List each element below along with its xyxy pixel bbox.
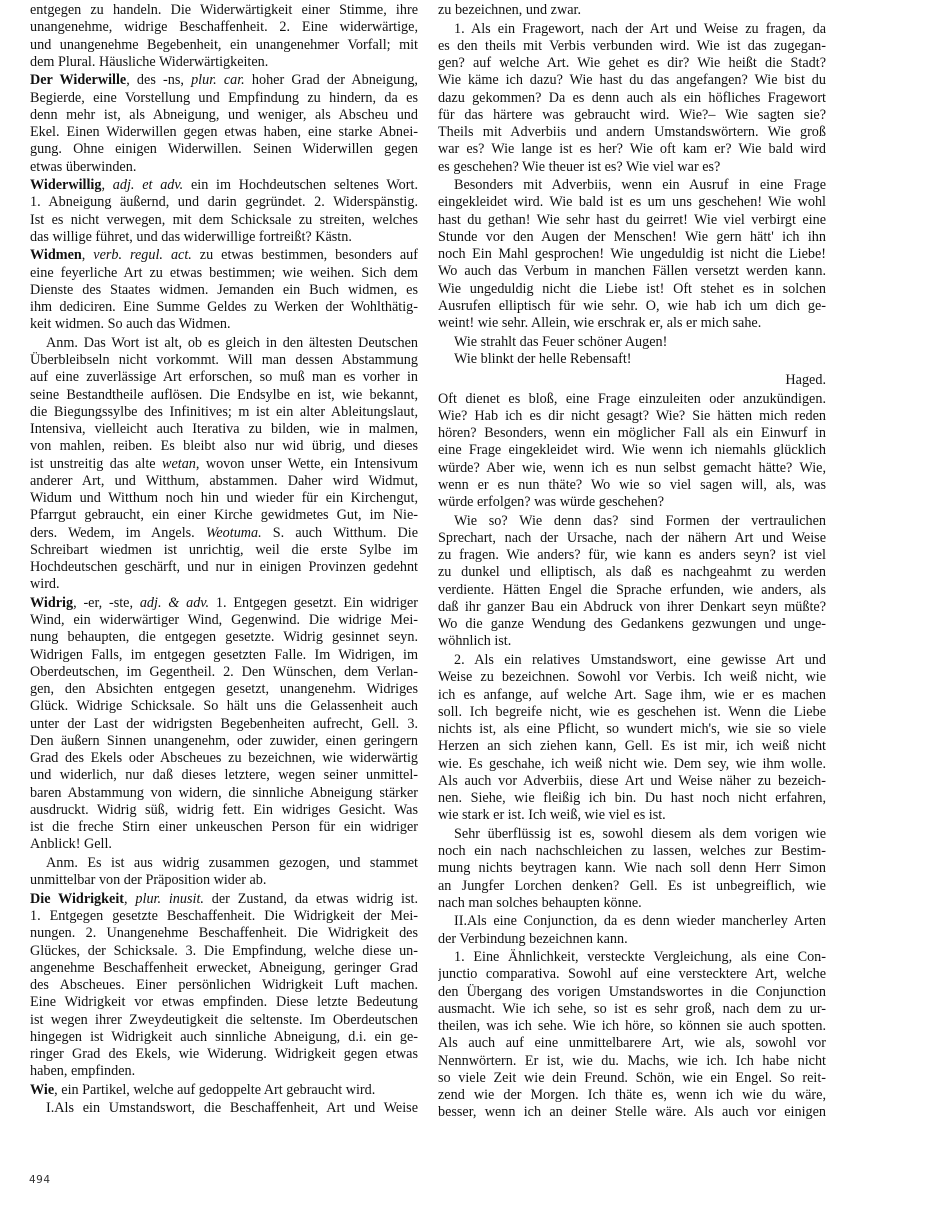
line-text: zu dunkel und elliptisch, als daß es nac… bbox=[438, 564, 826, 580]
grammar-abbreviation: plur. inusit. bbox=[135, 891, 204, 907]
text-line: Dienste des Staates widmen. Jemanden ein… bbox=[30, 282, 418, 299]
line-text: baren Abstammung von widern, die sinnlic… bbox=[30, 785, 418, 801]
text-line: unter der Last der widrigsten Begebenhei… bbox=[30, 716, 418, 733]
line-text: 1. Abneigung äußernd, und darin gegründe… bbox=[30, 194, 418, 210]
headword: Der Widerwille bbox=[30, 72, 126, 88]
text-line: seine Bestandtheile auflösen. Die Endsyl… bbox=[30, 387, 418, 404]
line-text: unangenehme, widrige Beschaffenheit. 2. … bbox=[30, 19, 418, 35]
left-column: entgegen zu handeln. Die Widerwärtigkeit… bbox=[30, 2, 418, 1119]
dictionary-entry: Widerwillig, adj. et adv. ein im Hochdeu… bbox=[30, 177, 418, 246]
text-line: Wind, ein widerwärtiger Wind, Gegenwind.… bbox=[30, 612, 418, 629]
text-line: zend wie der Morgen. Ich thäte es, wenn … bbox=[438, 1087, 826, 1104]
line-text: ringer Grad des Ekels, wie Widerung. Wid… bbox=[30, 1046, 418, 1062]
paragraph: Besonders mit Adverbiis, wenn ein Ausruf… bbox=[438, 177, 826, 332]
line-text: ihm dediciren. Eine Summe Geldes zu Werk… bbox=[30, 299, 418, 315]
line-text: wenn er es nun thäte? Wo wie so viel sag… bbox=[438, 477, 826, 493]
line-text: soll. Ich begreife nicht, wie es gescheh… bbox=[438, 704, 826, 720]
text-line: Grad des Ekels oder Abscheues zu bezeich… bbox=[30, 750, 418, 767]
line-text: 1. Entgegen gesetzt. Ein widriger bbox=[209, 595, 418, 611]
text-line: entgegen zu handeln. Die Widerwärtigkeit… bbox=[30, 2, 418, 19]
quote-attribution: Haged. bbox=[438, 372, 826, 389]
grammar-abbreviation: wetan, bbox=[162, 456, 199, 472]
text-line: Wie blinkt der helle Rebensaft! bbox=[438, 351, 826, 368]
line-text: zu fragen. Wie anders? für, wie kann es … bbox=[438, 547, 826, 563]
paragraph: Anm. Das Wort ist alt, ob es gleich in d… bbox=[30, 335, 418, 594]
text-line: den Übergang des vorigen Umstandswortes … bbox=[438, 984, 826, 1001]
text-line: nichts ist, als eine Pflicht, so wundert… bbox=[438, 721, 826, 738]
text-line: Als auch auf eine unmittelbarere Art, wi… bbox=[438, 1035, 826, 1052]
line-text: 1. Entgegen gesetzte Beschaffenheit. Die… bbox=[30, 908, 418, 924]
line-text: Wie? Hab ich es dir nicht gesagt? Wie? S… bbox=[438, 408, 826, 424]
paragraph: zu bezeichnen, und zwar. bbox=[438, 2, 826, 19]
text-line: eingekleidet wird. Wie bald ist es um un… bbox=[438, 194, 826, 211]
text-line: Wie käme ich dazu? Wie hast du das angef… bbox=[438, 72, 826, 89]
paragraph: 1. Eine Ähnlichkeit, versteckte Vergleic… bbox=[438, 949, 826, 1122]
line-text: ist wegen ihrer Zweydeutigkeit die selte… bbox=[30, 1012, 418, 1028]
text-line: nung behaupten, die entgegen gesetzte. W… bbox=[30, 629, 418, 646]
text-line: Den äußern Sinnen unangenehm, oder zuwid… bbox=[30, 733, 418, 750]
text-line: Pfarrgut gebraucht, ein einer Kirche gew… bbox=[30, 507, 418, 524]
line-text: 1. Eine Ähnlichkeit, versteckte Vergleic… bbox=[454, 949, 826, 965]
line-text: zend wie der Morgen. Ich thäte es, wenn … bbox=[438, 1087, 826, 1103]
line-text: , bbox=[101, 177, 112, 193]
text-line: so viele Zeit wie dein Freund. Schön, wi… bbox=[438, 1070, 826, 1087]
line-text: Glückes, der Schicksale. 3. Die Empfindu… bbox=[30, 943, 418, 959]
line-text: nung behaupten, die entgegen gesetzte. W… bbox=[30, 629, 418, 645]
text-line: gung. Ohne einigen Widerwillen. Seinen W… bbox=[30, 141, 418, 158]
text-line: hören? Besonders, wenn ein möglicher Fal… bbox=[438, 425, 826, 442]
line-text: , bbox=[124, 891, 135, 907]
line-text: ders. Wedem, im Angels. bbox=[30, 525, 206, 541]
text-line: Anblick! Gell. bbox=[30, 836, 418, 853]
line-text: noch ein nach nachschleichen zu lassen, … bbox=[438, 843, 826, 859]
right-column: zu bezeichnen, und zwar.1. Als ein Frage… bbox=[438, 2, 826, 1123]
text-line: von mahlen, reiben. Es bleibt also nur w… bbox=[30, 438, 418, 455]
line-text: nach man solches behaupten könne. bbox=[438, 895, 642, 911]
grammar-abbreviation: plur. car. bbox=[191, 72, 245, 88]
line-text: an Jungfer Lorchen denken? Gell. Es ist … bbox=[438, 878, 826, 894]
text-line: eine Frage eingekleidet wird. Wie wenn i… bbox=[438, 442, 826, 459]
text-line: Haged. bbox=[438, 372, 826, 389]
text-line: Wo auch das Verbum in manchen Fällen ver… bbox=[438, 263, 826, 280]
text-line: Intensiva, vielleicht auch Iterativa zu … bbox=[30, 421, 418, 438]
line-text: 1. Als ein Fragewort, nach der Art und W… bbox=[454, 21, 826, 37]
line-text: , -er, -ste, bbox=[73, 595, 140, 611]
text-line: Nennwörtern. Er ist, wie du. Machs, wie … bbox=[438, 1053, 826, 1070]
line-text: der Verbindung bezeichnen kann. bbox=[438, 931, 628, 947]
line-text: theilen, was ich sehe. Wie ich höre, so … bbox=[438, 1018, 826, 1034]
text-line: Eine Widrigkeit vor etwas empfinden. Die… bbox=[30, 994, 418, 1011]
text-line: Überbleibseln nicht vorkommt. Will man d… bbox=[30, 352, 418, 369]
line-text: zu bezeichnen, und zwar. bbox=[438, 2, 581, 18]
headword: Wie bbox=[30, 1082, 54, 1098]
text-line: Wo die ganze Wendung des Gedankens gezwu… bbox=[438, 616, 826, 633]
line-text: seine Bestandtheile auflösen. Die Endsyl… bbox=[30, 387, 418, 403]
line-text: Sprechart, nach der Ursache, nach der nä… bbox=[438, 530, 826, 546]
line-text: Intensiva, vielleicht auch Iterativa zu … bbox=[30, 421, 418, 437]
line-text: etwas überwinden. bbox=[30, 159, 136, 175]
line-text: Wie blinkt der helle Rebensaft! bbox=[454, 351, 632, 367]
text-line: dazu gekommen? Da es denn auch als ein h… bbox=[438, 90, 826, 107]
line-text: auf eine zuverlässige Art erforschen, so… bbox=[30, 369, 418, 385]
text-line: zu bezeichnen, und zwar. bbox=[438, 2, 826, 19]
text-line: Hochdeutschen geschärft, und nur in eini… bbox=[30, 559, 418, 576]
line-text: Widum und Witthum noch hin und wieder fü… bbox=[30, 490, 418, 506]
line-text: Anblick! Gell. bbox=[30, 836, 112, 852]
line-text: so viele Zeit wie dein Freund. Schön, wi… bbox=[438, 1070, 826, 1086]
text-line: auf eine zuverlässige Art erforschen, so… bbox=[30, 369, 418, 386]
line-text: Wie ungeduldig nicht die Liebe ist! Oft … bbox=[438, 281, 826, 297]
line-text: ein im Hochdeutschen seltenes Wort. bbox=[183, 177, 418, 193]
page-number: 494 bbox=[29, 1174, 51, 1186]
text-line: die Biegungssylbe des Infinitives; m ist… bbox=[30, 404, 418, 421]
text-line: 1. Eine Ähnlichkeit, versteckte Vergleic… bbox=[438, 949, 826, 966]
text-line: ich es anfange, auf welche Art. Sage ihm… bbox=[438, 687, 826, 704]
line-text: entgegen zu handeln. Die Widerwärtigkeit… bbox=[30, 2, 418, 18]
text-line: Herzen an sich ziehen kann, Gell. Es ist… bbox=[438, 738, 826, 755]
line-text: Schreibart wiedmen ist unrichtig, weil d… bbox=[30, 542, 418, 558]
line-text: Pfarrgut gebraucht, ein einer Kirche gew… bbox=[30, 507, 418, 523]
text-line: es den theils mit Verbis verbunden wird.… bbox=[438, 38, 826, 55]
line-text: und widerlich, nur daß dieses letztere, … bbox=[30, 767, 418, 783]
text-line: denn mehr ist, als Abneigung, und wenige… bbox=[30, 107, 418, 124]
line-text: Wo auch das Verbum in manchen Fällen ver… bbox=[438, 263, 826, 279]
line-text: von mahlen, reiben. Es bleibt also nur w… bbox=[30, 438, 418, 454]
text-line: Sehr überflüssig ist es, sowohl diesem a… bbox=[438, 826, 826, 843]
line-text: die Biegungssylbe des Infinitives; m ist… bbox=[30, 404, 418, 420]
line-text: ist die freche Stirn einer unkeuschen Pe… bbox=[30, 819, 418, 835]
text-line: anderer Art, und Witthum, abstammen. Dah… bbox=[30, 473, 418, 490]
line-text: ausdruckt. Widrig süß, widrig fett. Ein … bbox=[30, 802, 418, 818]
text-line: Ist es nicht verwegen, mit dem Schicksal… bbox=[30, 212, 418, 229]
dictionary-entry: Widrig, -er, -ste, adj. & adv. 1. Entgeg… bbox=[30, 595, 418, 854]
text-line: baren Abstammung von widern, die sinnlic… bbox=[30, 785, 418, 802]
line-text: Oft dienet es bloß, eine Frage einzuleit… bbox=[438, 391, 826, 407]
text-line: etwas überwinden. bbox=[30, 159, 418, 176]
grammar-abbreviation: adj. & adv. bbox=[140, 595, 209, 611]
line-text: Glück. Widrige Schicksale. So hält uns d… bbox=[30, 698, 418, 714]
line-text: wie stark er ist. Ich weiß, wie viel es … bbox=[438, 807, 666, 823]
text-line: der Verbindung bezeichnen kann. bbox=[438, 931, 826, 948]
text-line: Wie strahlt das Feuer schöner Augen! bbox=[438, 334, 826, 351]
text-line: soll. Ich begreife nicht, wie es gescheh… bbox=[438, 704, 826, 721]
line-text: eingekleidet wird. Wie bald ist es um un… bbox=[438, 194, 826, 210]
text-line: Schreibart wiedmen ist unrichtig, weil d… bbox=[30, 542, 418, 559]
text-line: Anm. Das Wort ist alt, ob es gleich in d… bbox=[30, 335, 418, 352]
dictionary-entry: Wie, ein Partikel, welche auf gedoppelte… bbox=[30, 1082, 418, 1099]
text-line: Wie ungeduldig nicht die Liebe ist! Oft … bbox=[438, 281, 826, 298]
text-line: des Abscheues. Einer persönlichen Widrig… bbox=[30, 977, 418, 994]
text-line: nach man solches behaupten könne. bbox=[438, 895, 826, 912]
text-line: Wie so? Wie denn das? sind Formen der ve… bbox=[438, 513, 826, 530]
line-text: noch Ein Mahl gesprochen! Wie ungeduldig… bbox=[438, 246, 826, 262]
line-text: es den theils mit Verbis verbunden wird.… bbox=[438, 38, 826, 54]
text-line: an Jungfer Lorchen denken? Gell. Es ist … bbox=[438, 878, 826, 895]
text-line: 2. Als ein relatives Umstandswort, eine … bbox=[438, 652, 826, 669]
text-line: hast du gethan! Wie sehr hast du geirret… bbox=[438, 212, 826, 229]
paragraph: Anm. Es ist aus widrig zusammen gezogen,… bbox=[30, 855, 418, 890]
line-text: Wie käme ich dazu? Wie hast du das angef… bbox=[438, 72, 826, 88]
line-text: nungen. 2. Unangenehme Beschaffenheit. D… bbox=[30, 925, 418, 941]
line-text: hören? Besonders, wenn ein möglicher Fal… bbox=[438, 425, 826, 441]
line-text: Ekel. Einen Widerwillen gegen etwas habe… bbox=[30, 124, 418, 140]
line-text: keit widmen. So auch das Widmen. bbox=[30, 316, 231, 332]
paragraph: 2. Als ein relatives Umstandswort, eine … bbox=[438, 652, 826, 825]
dictionary-entry: Die Widrigkeit, plur. inusit. der Zustan… bbox=[30, 891, 418, 1081]
line-text: Oberdeutschen, im Gegentheil. 2. Den Wün… bbox=[30, 664, 418, 680]
paragraph: II.Als eine Conjunction, da es denn wied… bbox=[438, 913, 826, 948]
text-line: Sprechart, nach der Ursache, nach der nä… bbox=[438, 530, 826, 547]
text-line: wie. Es geschahe, ich weiß nicht wie. De… bbox=[438, 756, 826, 773]
text-line: unmittelbar von der Präposition wider ab… bbox=[30, 872, 418, 889]
line-text: angenehme Beschaffenheit erwecket, Abnei… bbox=[30, 960, 418, 976]
line-text: Hochdeutschen geschärft, und nur in eini… bbox=[30, 559, 418, 575]
text-line: Ausrufen elliptisch für wie sehr. O, wie… bbox=[438, 298, 826, 315]
text-line: es geschehen? Wie theuer ist es? Wie vie… bbox=[438, 159, 826, 176]
line-text: Wind, ein widerwärtiger Wind, Gegenwind.… bbox=[30, 612, 418, 628]
text-line: Besonders mit Adverbiis, wenn ein Ausruf… bbox=[438, 177, 826, 194]
line-text: Begierde, eine Vorstellung und Empfindun… bbox=[30, 90, 418, 106]
line-text: ausmacht. Wie ich sehe, so ist es sehr g… bbox=[438, 1001, 826, 1017]
text-line: ders. Wedem, im Angels. Weotuma. S. auch… bbox=[30, 525, 418, 542]
headword: Widmen bbox=[30, 247, 82, 263]
line-text: Nennwörtern. Er ist, wie du. Machs, wie … bbox=[438, 1053, 826, 1069]
paragraph: 1. Als ein Fragewort, nach der Art und W… bbox=[438, 21, 826, 176]
line-text: ich es anfange, auf welche Art. Sage ihm… bbox=[438, 687, 826, 703]
line-text: Dienste des Staates widmen. Jemanden ein… bbox=[30, 282, 418, 298]
text-line: Wie, ein Partikel, welche auf gedoppelte… bbox=[30, 1082, 418, 1099]
grammar-abbreviation: verb. regul. act. bbox=[93, 247, 192, 263]
text-line: Anm. Es ist aus widrig zusammen gezogen,… bbox=[30, 855, 418, 872]
text-line: Glück. Widrige Schicksale. So hält uns d… bbox=[30, 698, 418, 715]
line-text: des Abscheues. Einer persönlichen Widrig… bbox=[30, 977, 418, 993]
line-text: hast du gethan! Wie sehr hast du geirret… bbox=[438, 212, 826, 228]
line-text: nichts ist, als eine Pflicht, so wundert… bbox=[438, 721, 826, 737]
text-line: ausmacht. Wie ich sehe, so ist es sehr g… bbox=[438, 1001, 826, 1018]
line-text: eine Frage eingekleidet wird. Wie wenn i… bbox=[438, 442, 826, 458]
text-line: I.Als ein Umstandswort, die Beschaffenhe… bbox=[30, 1100, 418, 1117]
text-line: würde erfolgen? was würde geschehen? bbox=[438, 494, 826, 511]
line-text: verdiente. Hätten Engel die Sprache erfu… bbox=[438, 582, 826, 598]
line-text: wird. bbox=[30, 576, 60, 592]
line-text: wovon unser Wette, ein Intensivum bbox=[199, 456, 418, 472]
line-text: weint! wie sehr. Allein, wie erschrak er… bbox=[438, 315, 761, 331]
line-text: und unangenehme Begebenheit, ein unangen… bbox=[30, 37, 418, 53]
line-text: Ausrufen elliptisch für wie sehr. O, wie… bbox=[438, 298, 826, 314]
text-line: Glückes, der Schicksale. 3. Die Empfindu… bbox=[30, 943, 418, 960]
line-text: 2. Als ein relatives Umstandswort, eine … bbox=[454, 652, 826, 668]
line-text: denn mehr ist, als Abneigung, und wenige… bbox=[30, 107, 418, 123]
text-line: und unangenehme Begebenheit, ein unangen… bbox=[30, 37, 418, 54]
line-text: Überbleibseln nicht vorkommt. Will man d… bbox=[30, 352, 418, 368]
line-text: Sehr überflüssig ist es, sowohl diesem a… bbox=[454, 826, 826, 842]
line-text: wöhnlich ist. bbox=[438, 633, 511, 649]
text-line: Widmen, verb. regul. act. zu etwas besti… bbox=[30, 247, 418, 264]
text-line: wie stark er ist. Ich weiß, wie viel es … bbox=[438, 807, 826, 824]
text-line: zu fragen. Wie anders? für, wie kann es … bbox=[438, 547, 826, 564]
text-line: das willige führet, und das widerwillige… bbox=[30, 229, 418, 246]
text-line: unangenehme, widrige Beschaffenheit. 2. … bbox=[30, 19, 418, 36]
text-line: II.Als eine Conjunction, da es denn wied… bbox=[438, 913, 826, 930]
text-line: gen? auf welche Art. Wie gehet es dir? W… bbox=[438, 55, 826, 72]
line-text: hingegen ist Widrigkeit auch sinnliche A… bbox=[30, 1029, 418, 1045]
dictionary-entry: Widmen, verb. regul. act. zu etwas besti… bbox=[30, 247, 418, 333]
text-line: 1. Entgegen gesetzte Beschaffenheit. Die… bbox=[30, 908, 418, 925]
text-line: und widerlich, nur daß dieses letztere, … bbox=[30, 767, 418, 784]
line-text: daß ihr ganzer Bau ein Abdruck von ihrer… bbox=[438, 599, 826, 615]
paragraph: Wie so? Wie denn das? sind Formen der ve… bbox=[438, 513, 826, 651]
line-text: gen, den Absichten entgegen gesetzt, una… bbox=[30, 681, 418, 697]
line-text: , ein Partikel, welche auf gedoppelte Ar… bbox=[54, 1082, 375, 1098]
line-text: das willige führet, und das widerwillige… bbox=[30, 229, 352, 245]
text-line: wenn er es nun thäte? Wo wie so viel sag… bbox=[438, 477, 826, 494]
text-line: nungen. 2. Unangenehme Beschaffenheit. D… bbox=[30, 925, 418, 942]
text-line: Der Widerwille, des -ns, plur. car. hohe… bbox=[30, 72, 418, 89]
text-line: haben, empfinden. bbox=[30, 1063, 418, 1080]
text-line: war es? Wie lange ist es her? Wie oft ka… bbox=[438, 141, 826, 158]
line-text: den Übergang des vorigen Umstandswortes … bbox=[438, 984, 826, 1000]
text-line: Begierde, eine Vorstellung und Empfindun… bbox=[30, 90, 418, 107]
text-line: Widrigen Falls, im entgegen gesetzten Fa… bbox=[30, 647, 418, 664]
text-line: mung nichts beytragen kann. Wie nach sol… bbox=[438, 860, 826, 877]
line-text: Widrigen Falls, im entgegen gesetzten Fa… bbox=[30, 647, 418, 663]
text-line: noch Ein Mahl gesprochen! Wie ungeduldig… bbox=[438, 246, 826, 263]
text-line: Die Widrigkeit, plur. inusit. der Zustan… bbox=[30, 891, 418, 908]
text-line: Oberdeutschen, im Gegentheil. 2. Den Wün… bbox=[30, 664, 418, 681]
grammar-abbreviation: Weotuma. bbox=[206, 525, 262, 541]
dictionary-entry: Der Widerwille, des -ns, plur. car. hohe… bbox=[30, 72, 418, 176]
text-line: Stunde vor den Augen der Menschen! Wie g… bbox=[438, 229, 826, 246]
line-text: S. auch Witthum. Die bbox=[262, 525, 418, 541]
text-line: ringer Grad des Ekels, wie Widerung. Wid… bbox=[30, 1046, 418, 1063]
line-text: nen. Siehe, wie fleißig ich bin. Du hast… bbox=[438, 790, 826, 806]
text-line: keit widmen. So auch das Widmen. bbox=[30, 316, 418, 333]
line-text: unmittelbar von der Präposition wider ab… bbox=[30, 872, 266, 888]
line-text: anderer Art, und Witthum, abstammen. Dah… bbox=[30, 473, 418, 489]
line-text: Weise zu bezeichnen. Sowohl vor Verbis. … bbox=[438, 669, 826, 685]
line-text: Wo die ganze Wendung des Gedankens gezwu… bbox=[438, 616, 826, 632]
text-line: ist wegen ihrer Zweydeutigkeit die selte… bbox=[30, 1012, 418, 1029]
line-text: würde? Aber wie, wenn ich es nun selbst … bbox=[438, 460, 826, 476]
text-line: theilen, was ich sehe. Wie ich höre, so … bbox=[438, 1018, 826, 1035]
line-text: ist unstreitig das alte bbox=[30, 456, 162, 472]
line-text: Theils mit Adverbiis und andern Umstands… bbox=[438, 124, 826, 140]
line-text: junctio comparativa. Sowohl auf eine ver… bbox=[438, 966, 826, 982]
text-line: verdiente. Hätten Engel die Sprache erfu… bbox=[438, 582, 826, 599]
line-text: dem Plural. Häusliche Widerwärtigkeiten. bbox=[30, 54, 268, 70]
paragraph: entgegen zu handeln. Die Widerwärtigkeit… bbox=[30, 2, 418, 71]
text-line: wöhnlich ist. bbox=[438, 633, 826, 650]
text-line: besser, wenn ich an deiner Stelle wäre. … bbox=[438, 1104, 826, 1121]
text-line: daß ihr ganzer Bau ein Abdruck von ihrer… bbox=[438, 599, 826, 616]
line-text: hoher Grad der Abneigung, bbox=[245, 72, 418, 88]
text-line: für das härtere was gebraucht wird. Wie?… bbox=[438, 107, 826, 124]
paragraph: Oft dienet es bloß, eine Frage einzuleit… bbox=[438, 391, 826, 512]
verse-quote: Wie strahlt das Feuer schöner Augen!Wie … bbox=[438, 334, 826, 369]
text-line: Ekel. Einen Widerwillen gegen etwas habe… bbox=[30, 124, 418, 141]
text-line: noch ein nach nachschleichen zu lassen, … bbox=[438, 843, 826, 860]
line-text: Wie strahlt das Feuer schöner Augen! bbox=[454, 334, 667, 350]
headword: Widerwillig bbox=[30, 177, 101, 193]
text-line: Widerwillig, adj. et adv. ein im Hochdeu… bbox=[30, 177, 418, 194]
dictionary-page: entgegen zu handeln. Die Widerwärtigkeit… bbox=[0, 0, 935, 1210]
line-text: es geschehen? Wie theuer ist es? Wie vie… bbox=[438, 159, 720, 175]
line-text: Anm. Es ist aus widrig zusammen gezogen,… bbox=[46, 855, 418, 871]
text-line: ist die freche Stirn einer unkeuschen Pe… bbox=[30, 819, 418, 836]
line-text: würde erfolgen? was würde geschehen? bbox=[438, 494, 664, 510]
line-text: , bbox=[82, 247, 94, 263]
text-line: weint! wie sehr. Allein, wie erschrak er… bbox=[438, 315, 826, 332]
text-line: ist unstreitig das alte wetan, wovon uns… bbox=[30, 456, 418, 473]
paragraph: I.Als ein Umstandswort, die Beschaffenhe… bbox=[30, 1100, 418, 1117]
line-text: I.Als ein Umstandswort, die Beschaffenhe… bbox=[46, 1100, 418, 1116]
line-text: besser, wenn ich an deiner Stelle wäre. … bbox=[438, 1104, 826, 1120]
text-line: Oft dienet es bloß, eine Frage einzuleit… bbox=[438, 391, 826, 408]
text-line: angenehme Beschaffenheit erwecket, Abnei… bbox=[30, 960, 418, 977]
line-text: der Zustand, da etwas widrig ist. bbox=[204, 891, 418, 907]
grammar-abbreviation: adj. et adv. bbox=[113, 177, 183, 193]
line-text: unter der Last der widrigsten Begebenhei… bbox=[30, 716, 418, 732]
line-text: Besonders mit Adverbiis, wenn ein Ausruf… bbox=[454, 177, 826, 193]
text-line: Wie? Hab ich es dir nicht gesagt? Wie? S… bbox=[438, 408, 826, 425]
text-line: Widum und Witthum noch hin und wieder fü… bbox=[30, 490, 418, 507]
line-text: Anm. Das Wort ist alt, ob es gleich in d… bbox=[46, 335, 418, 351]
line-text: gung. Ohne einigen Widerwillen. Seinen W… bbox=[30, 141, 418, 157]
line-text: dazu gekommen? Da es denn auch als ein h… bbox=[438, 90, 826, 106]
line-text: gen? auf welche Art. Wie gehet es dir? W… bbox=[438, 55, 826, 71]
line-text: Herzen an sich ziehen kann, Gell. Es ist… bbox=[438, 738, 826, 754]
text-line: 1. Abneigung äußernd, und darin gegründe… bbox=[30, 194, 418, 211]
text-line: Weise zu bezeichnen. Sowohl vor Verbis. … bbox=[438, 669, 826, 686]
text-line: Theils mit Adverbiis und andern Umstands… bbox=[438, 124, 826, 141]
line-text: für das härtere was gebraucht wird. Wie?… bbox=[438, 107, 826, 123]
text-line: wird. bbox=[30, 576, 418, 593]
text-line: Als auch vor Adverbiis, diese Art und We… bbox=[438, 773, 826, 790]
text-line: 1. Als ein Fragewort, nach der Art und W… bbox=[438, 21, 826, 38]
headword: Widrig bbox=[30, 595, 73, 611]
line-text: II.Als eine Conjunction, da es denn wied… bbox=[454, 913, 826, 929]
line-text: zu etwas bestimmen, besonders auf bbox=[192, 247, 418, 263]
line-text: eine feyerliche Art zu etwas bestimmen; … bbox=[30, 265, 418, 281]
line-text: Haged. bbox=[785, 372, 826, 388]
text-line: hingegen ist Widrigkeit auch sinnliche A… bbox=[30, 1029, 418, 1046]
text-line: Widrig, -er, -ste, adj. & adv. 1. Entgeg… bbox=[30, 595, 418, 612]
line-text: Ist es nicht verwegen, mit dem Schicksal… bbox=[30, 212, 418, 228]
line-text: Als auch auf eine unmittelbarere Art, wi… bbox=[438, 1035, 826, 1051]
line-text: Grad des Ekels oder Abscheues zu bezeich… bbox=[30, 750, 418, 766]
line-text: , des -ns, bbox=[126, 72, 191, 88]
paragraph: Sehr überflüssig ist es, sowohl diesem a… bbox=[438, 826, 826, 912]
line-text: Den äußern Sinnen unangenehm, oder zuwid… bbox=[30, 733, 418, 749]
text-line: ihm dediciren. Eine Summe Geldes zu Werk… bbox=[30, 299, 418, 316]
line-text: war es? Wie lange ist es her? Wie oft ka… bbox=[438, 141, 826, 157]
text-line: nen. Siehe, wie fleißig ich bin. Du hast… bbox=[438, 790, 826, 807]
text-line: zu dunkel und elliptisch, als daß es nac… bbox=[438, 564, 826, 581]
line-text: wie. Es geschahe, ich weiß nicht wie. De… bbox=[438, 756, 826, 772]
text-line: junctio comparativa. Sowohl auf eine ver… bbox=[438, 966, 826, 983]
line-text: Eine Widrigkeit vor etwas empfinden. Die… bbox=[30, 994, 418, 1010]
text-line: würde? Aber wie, wenn ich es nun selbst … bbox=[438, 460, 826, 477]
text-line: gen, den Absichten entgegen gesetzt, una… bbox=[30, 681, 418, 698]
headword: Die Widrigkeit bbox=[30, 891, 124, 907]
line-text: Stunde vor den Augen der Menschen! Wie g… bbox=[438, 229, 826, 245]
line-text: haben, empfinden. bbox=[30, 1063, 135, 1079]
line-text: Wie so? Wie denn das? sind Formen der ve… bbox=[454, 513, 826, 529]
line-text: mung nichts beytragen kann. Wie nach sol… bbox=[438, 860, 826, 876]
text-line: dem Plural. Häusliche Widerwärtigkeiten. bbox=[30, 54, 418, 71]
line-text: Als auch vor Adverbiis, diese Art und We… bbox=[438, 773, 826, 789]
text-line: ausdruckt. Widrig süß, widrig fett. Ein … bbox=[30, 802, 418, 819]
